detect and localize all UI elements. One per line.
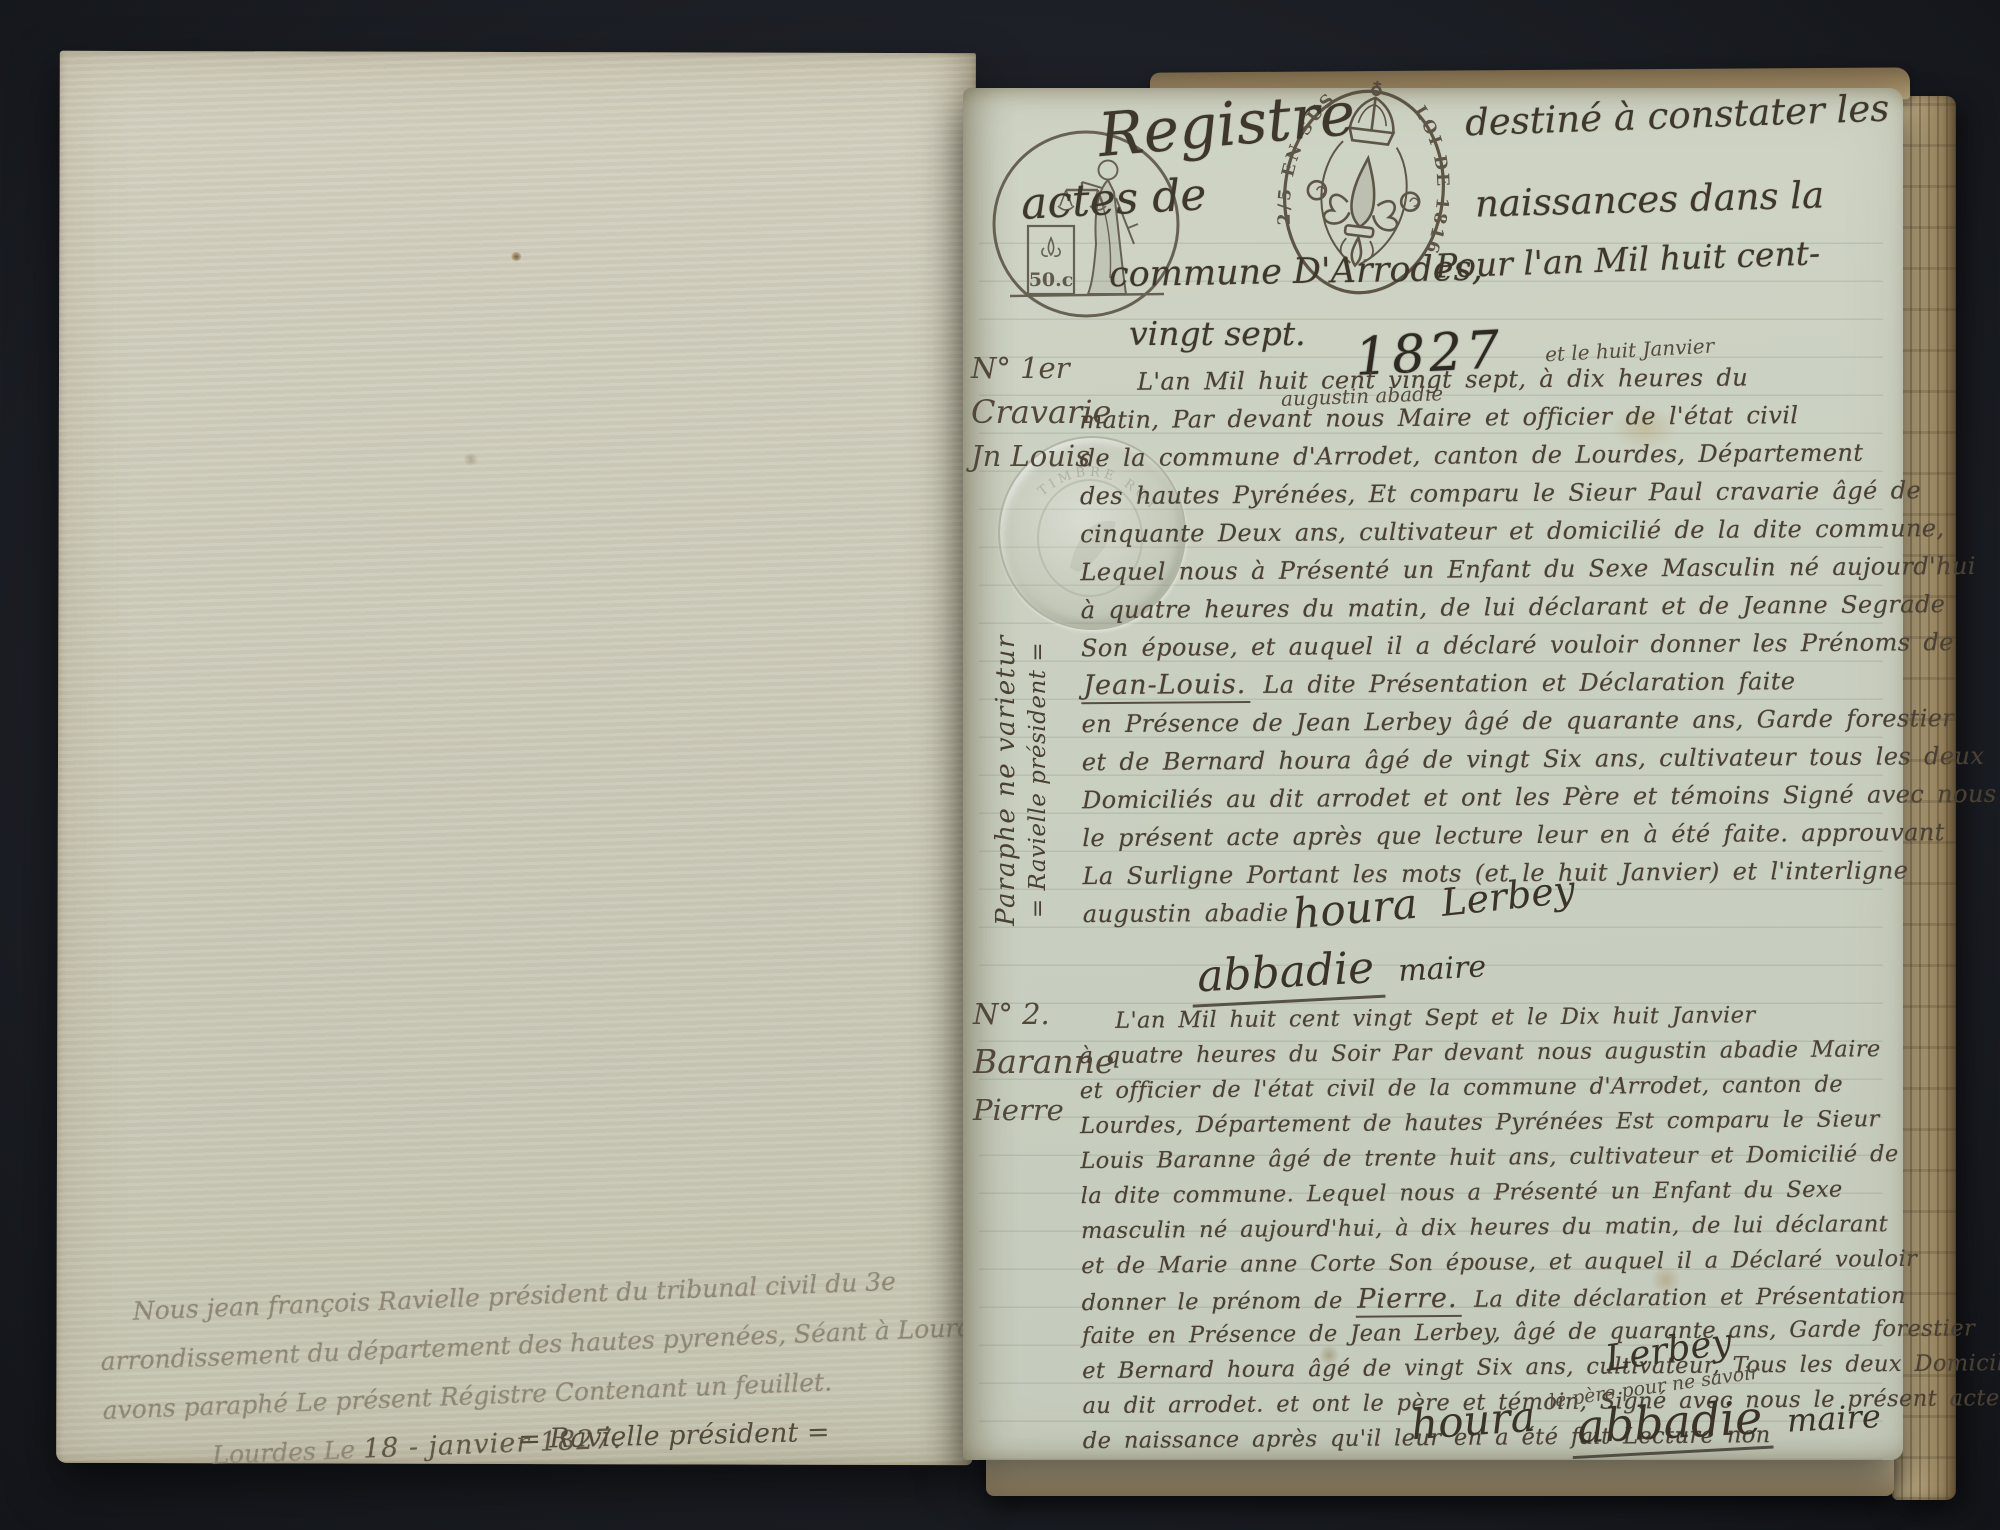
header-destine: destiné à constater les [1464,87,1890,145]
header-commune: commune D'Arrodes, [1109,249,1483,296]
gutter-note-line: = Ravielle président = [1025,594,1051,966]
act-line: en Présence de Jean Lerbey âgé de quaran… [1081,699,1996,743]
child-name: Pierre. [1355,1283,1461,1318]
act-line: cinquante Deux ans, cultivateur et domic… [1080,509,1995,553]
registry-book-photo: Nous jean françois Ravielle président du… [0,0,2000,1530]
act-line: et de Bernard houra âgé de vingt Six ans… [1082,737,1997,781]
act-line-rest: La dite Présentation et Déclaration fait… [1263,667,1795,699]
act-line: à quatre heures du matin, de lui déclara… [1081,585,1996,629]
header-vingt-sept: vingt sept. [1129,314,1306,353]
act-line: matin, Par devant nous Maire et officier… [1079,395,1994,439]
paper-stain [463,454,479,465]
act2-signature-houra: houra [1409,1392,1537,1450]
gutter-paraph-note: Paraphe ne varietur = Ravielle président… [991,594,1051,966]
act-line: Son épouse, et auquel il a déclaré voulo… [1081,623,1996,667]
act-line-before: donner le prénom de [1082,1288,1343,1316]
gutter-note-line: Paraphe ne varietur [991,594,1021,966]
paper-stain [511,252,521,261]
mayor-title: maire [1397,949,1487,989]
act-line: Lequel nous à Présenté un Enfant du Sexe… [1080,547,1995,591]
act-line: de la commune d'Arrodet, canton de Lourd… [1080,433,1995,477]
act-line-child-name: Jean-Louis. La dite Présentation et Décl… [1081,661,1996,705]
mayor-title: maire [1786,1397,1882,1440]
mayor-name: abbadie [1570,1390,1774,1459]
header-actes-de: actes de [1020,169,1208,230]
act-line: L'an Mil huit cent vingt sept, à dix heu… [1079,357,1994,401]
child-name: Jean-Louis. [1081,669,1250,704]
act-line-rest: La dite déclaration et Présentation [1474,1283,1906,1313]
stamp-value-label: 50.c [1029,269,1074,291]
act-line: des hautes Pyrénées, Et comparu le Sieur… [1080,471,1995,515]
header-pour-lan: Pour l'an Mil huit cent- [1434,233,1820,285]
act-line: Domiciliés au dit arrodet et ont les Pèr… [1082,775,1997,819]
act-line: le présent acte après que lecture leur e… [1082,813,1997,857]
right-page: 50.c 50.c [963,88,1903,1460]
act1-signature-mayor: abbadie maire [1190,936,1487,1002]
date-prefix: Lourdes Le [212,1435,356,1470]
mayor-name: abbadie [1190,942,1386,1008]
act1-body: L'an Mil huit cent vingt sept, à dix heu… [1079,357,1997,933]
left-page: Nous jean françois Ravielle président du… [56,51,976,1465]
header-naissances: naissances dans la [1474,173,1824,225]
